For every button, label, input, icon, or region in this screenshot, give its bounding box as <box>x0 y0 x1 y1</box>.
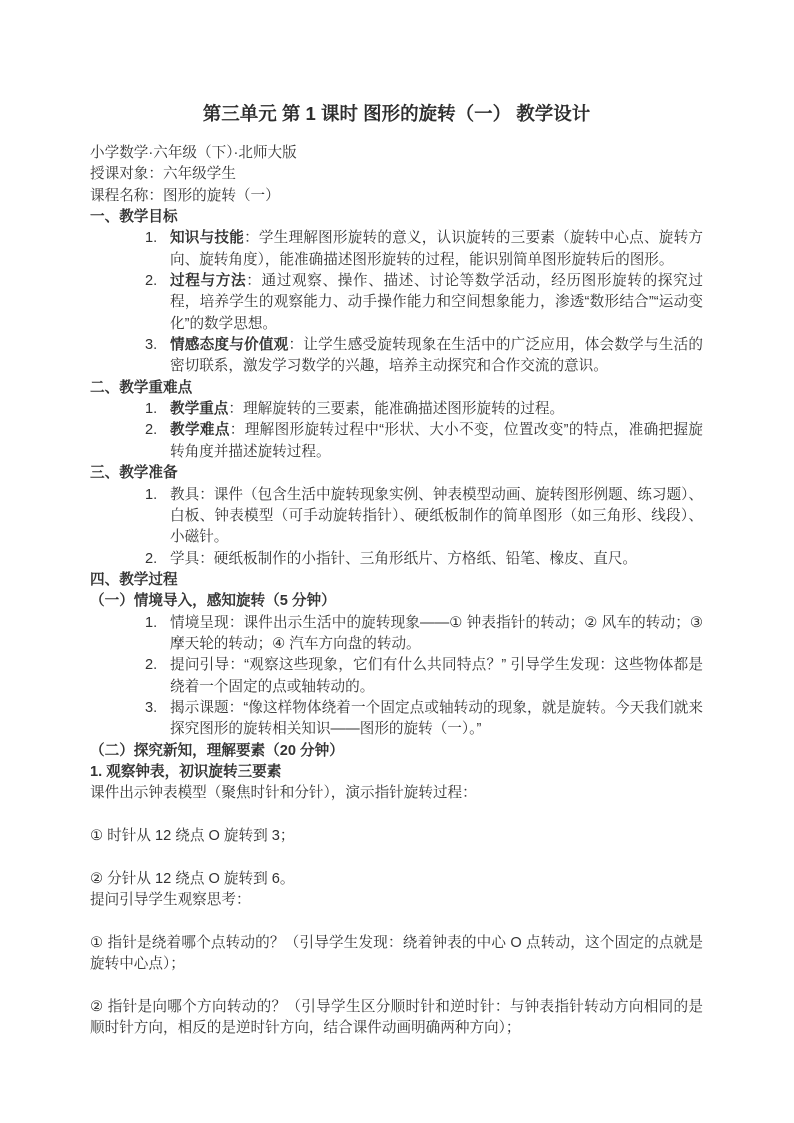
item-text: 情境呈现：课件出示生活中的旋转现象——① 钟表指针的转动；② 风车的转动；③ 摩… <box>170 615 703 652</box>
item-lead: 过程与方法 <box>170 273 246 289</box>
section-heading-objectives: 一、教学目标 <box>90 207 703 228</box>
part1-item-1: 1.情境呈现：课件出示生活中的旋转现象——① 钟表指针的转动；② 风车的转动；③… <box>90 613 703 656</box>
item-lead: 教学难点 <box>170 422 230 438</box>
item-lead: 情感态度与价值观 <box>170 337 289 353</box>
objectives-item-2: 2.过程与方法：通过观察、操作、描述、讨论等数学活动，经历图形旋转的探究过程，培… <box>90 271 703 335</box>
key-points-item-2: 2.教学难点：理解图形旋转过程中“形状、大小不变，位置改变”的特点，准确把握旋转… <box>90 420 703 463</box>
section-heading-process: 四、教学过程 <box>90 570 703 591</box>
process-part1-heading: （一）情境导入，感知旋转（5 分钟） <box>90 591 703 612</box>
item-text: 学具：硬纸板制作的小指针、三角形纸片、方格纸、铅笔、橡皮、直尺。 <box>170 551 637 567</box>
part1-item-2: 2.提问引导：“观察这些现象，它们有什么共同特点？” 引导学生发现：这些物体都是… <box>90 655 703 698</box>
preparation-item-1: 1.教具：课件（包含生活中旋转现象实例、钟表模型动画、旋转图形例题、练习题）、白… <box>90 485 703 549</box>
item-lead: 知识与技能 <box>170 230 244 246</box>
part2-demo-1: ① 时针从 12 绕点 O 旋转到 3； <box>90 826 703 847</box>
item-text: ：理解图形旋转过程中“形状、大小不变，位置改变”的特点，准确把握旋转角度并描述旋… <box>170 422 703 459</box>
objectives-item-1: 1.知识与技能：学生理解图形旋转的意义，认识旋转的三要素（旋转中心点、旋转方向、… <box>90 228 703 271</box>
item-lead: 教学重点 <box>170 401 228 417</box>
part2-step1-heading: 1. 观察钟表，初识旋转三要素 <box>90 762 703 783</box>
document-title: 第三单元 第 1 课时 图形的旋转（一） 教学设计 <box>90 100 703 127</box>
document-page: 第三单元 第 1 课时 图形的旋转（一） 教学设计 小学数学·六年级（下）·北师… <box>0 0 794 1123</box>
blank-line <box>90 975 703 996</box>
preparation-item-2: 2.学具：硬纸板制作的小指针、三角形纸片、方格纸、铅笔、橡皮、直尺。 <box>90 549 703 570</box>
item-number: 3. <box>145 335 157 356</box>
blank-line <box>90 911 703 932</box>
part2-demo-2: ② 分针从 12 绕点 O 旋转到 6。 <box>90 869 703 890</box>
objectives-item-3: 3.情感态度与价值观：让学生感受旋转现象在生活中的广泛应用，体会数学与生活的密切… <box>90 335 703 378</box>
blank-line <box>90 847 703 868</box>
item-number: 1. <box>145 228 157 249</box>
item-number: 2. <box>145 655 157 676</box>
meta-course: 课程名称：图形的旋转（一） <box>90 186 703 207</box>
part1-item-3: 3.揭示课题：“像这样物体绕着一个固定点或轴转动的现象，就是旋转。今天我们就来探… <box>90 698 703 741</box>
item-number: 2. <box>145 420 157 441</box>
item-number: 3. <box>145 698 157 719</box>
item-text: ：理解旋转的三要素，能准确描述图形旋转的过程。 <box>228 401 564 417</box>
blank-line <box>90 805 703 826</box>
process-part2-heading: （二）探究新知，理解要素（20 分钟） <box>90 741 703 762</box>
part2-intro: 课件出示钟表模型（聚焦时针和分针），演示指针旋转过程： <box>90 783 703 804</box>
part2-question-intro: 提问引导学生观察思考： <box>90 890 703 911</box>
item-number: 1. <box>145 613 157 634</box>
item-number: 2. <box>145 549 157 570</box>
meta-edition: 小学数学·六年级（下）·北师大版 <box>90 143 703 164</box>
meta-audience: 授课对象：六年级学生 <box>90 164 703 185</box>
item-text: 教具：课件（包含生活中旋转现象实例、钟表模型动画、旋转图形例题、练习题）、白板、… <box>170 487 703 546</box>
item-text: ：学生理解图形旋转的意义，认识旋转的三要素（旋转中心点、旋转方向、旋转角度），能… <box>170 230 703 267</box>
item-text: ：通过观察、操作、描述、讨论等数学活动，经历图形旋转的探究过程，培养学生的观察能… <box>170 273 703 332</box>
part2-question-1: ① 指针是绕着哪个点转动的？（引导学生发现：绕着钟表的中心 O 点转动，这个固定… <box>90 933 703 976</box>
section-heading-preparation: 三、教学准备 <box>90 463 703 484</box>
item-number: 1. <box>145 399 157 420</box>
item-number: 1. <box>145 485 157 506</box>
key-points-item-1: 1.教学重点：理解旋转的三要素，能准确描述图形旋转的过程。 <box>90 399 703 420</box>
section-heading-key-points: 二、教学重难点 <box>90 378 703 399</box>
item-text: 揭示课题：“像这样物体绕着一个固定点或轴转动的现象，就是旋转。今天我们就来探究图… <box>170 700 703 737</box>
item-text: 提问引导：“观察这些现象，它们有什么共同特点？” 引导学生发现：这些物体都是绕着… <box>170 657 703 694</box>
part2-question-2: ② 指针是向哪个方向转动的？（引导学生区分顺时针和逆时针：与钟表指针转动方向相同… <box>90 997 703 1040</box>
item-number: 2. <box>145 271 157 292</box>
